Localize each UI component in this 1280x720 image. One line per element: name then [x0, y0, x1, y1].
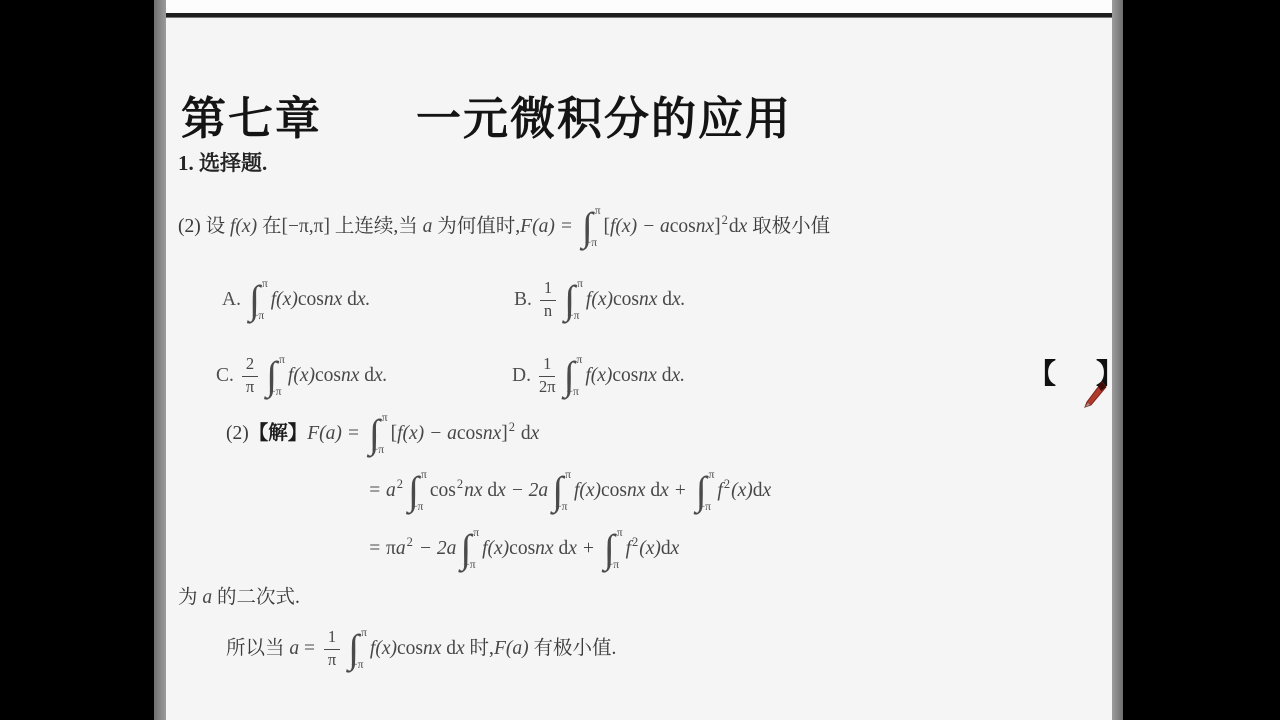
letterboxed-document-frame: 第七章 一元微积分的应用 1. 选择题. (2) 设 f(x) 在[−π,π] …	[0, 0, 1280, 720]
math-token: f(x)	[585, 366, 612, 386]
integral-sign: ∫π−π	[552, 467, 571, 515]
math-token: =	[368, 539, 386, 559]
math-token: f(x)	[574, 481, 601, 501]
math-token: 所以当	[226, 639, 289, 659]
fraction: 1π	[324, 628, 340, 670]
math-token: 2	[632, 535, 638, 550]
math-token: 2	[509, 420, 515, 435]
math-token: 2	[457, 477, 463, 492]
math-token: d	[482, 481, 497, 501]
math-token: nx	[483, 424, 501, 444]
math-token: − 2a	[414, 539, 456, 559]
math-token: nx	[464, 481, 482, 501]
math-token: π	[386, 539, 396, 559]
option-a: A. ∫π−πf(x)cosnx dx.	[222, 270, 370, 330]
math-token: d	[657, 366, 672, 386]
math-token: (2)	[226, 424, 249, 444]
option-c-formula: 2π∫π−πf(x)cosnx dx.	[238, 352, 388, 400]
math-token: x	[763, 481, 772, 501]
integral-sign: ∫π−π	[564, 352, 583, 400]
math-token: +	[577, 539, 600, 559]
math-token: nx	[341, 366, 359, 386]
math-token: x	[497, 481, 506, 501]
math-token: d	[657, 290, 672, 310]
option-d-label: D.	[512, 365, 531, 387]
math-token: nx	[627, 481, 645, 501]
math-token: cos	[397, 639, 423, 659]
math-token: a	[396, 539, 406, 559]
math-token: nx	[324, 290, 342, 310]
math-token: ]	[714, 217, 721, 237]
math-token: cos	[298, 290, 324, 310]
math-token: d	[661, 539, 671, 559]
math-token: f	[717, 481, 722, 501]
math-token: a	[289, 639, 299, 659]
solution-remark: 为 a 的二次式.	[178, 582, 300, 614]
integral-sign: ∫π−π	[369, 410, 388, 458]
math-token: f(x)	[482, 539, 509, 559]
math-token: = a	[368, 481, 396, 501]
math-token: d	[342, 290, 357, 310]
math-token: x.	[672, 290, 686, 310]
fraction: 1n	[540, 279, 556, 321]
math-token: f(x)	[230, 217, 257, 237]
integral-sign: ∫π−π	[348, 625, 367, 673]
math-token: nx	[535, 539, 553, 559]
option-a-formula: ∫π−πf(x)cosnx dx.	[245, 276, 370, 324]
section-heading: 1. 选择题.	[178, 147, 267, 177]
math-token: d	[441, 639, 456, 659]
math-token: x	[531, 424, 540, 444]
math-token: cos	[612, 366, 638, 386]
math-token: 时,	[465, 639, 494, 659]
math-token: f(x)	[586, 290, 613, 310]
fraction: 12π	[539, 355, 556, 397]
page-top-margin	[166, 0, 1112, 13]
math-token: x	[739, 217, 748, 237]
math-token: (x)	[731, 481, 753, 501]
math-token: (2) 设	[178, 217, 230, 237]
math-token: 有极小值.	[529, 639, 617, 659]
math-token: d	[359, 366, 374, 386]
math-token: 的二次式.	[212, 588, 300, 608]
option-b: B. 1n∫π−πf(x)cosnx dx.	[514, 270, 686, 330]
option-c: C. 2π∫π−πf(x)cosnx dx.	[216, 346, 388, 406]
math-token: x	[568, 539, 577, 559]
math-token: x	[456, 639, 465, 659]
math-token: nx	[696, 217, 714, 237]
math-token: cos	[315, 366, 341, 386]
option-d-formula: 12π∫π−πf(x)cosnx dx.	[535, 352, 685, 400]
option-d: D. 12π∫π−πf(x)cosnx dx.	[512, 346, 685, 406]
math-token: cos	[670, 217, 696, 237]
integral-sign: ∫π−π	[408, 467, 427, 515]
answer-brackets: 【 】	[1028, 352, 1124, 392]
math-token: ]	[501, 424, 508, 444]
math-token: f(x) − a	[610, 217, 670, 237]
red-pen-cursor-icon	[1082, 379, 1108, 409]
integral-sign: ∫π−π	[582, 203, 601, 251]
math-token: f(x)	[288, 366, 315, 386]
solution-conclusion: 所以当 a = 1π∫π−πf(x)cosnx dx 时,F(a) 有极小值.	[226, 616, 616, 682]
math-token: F(a) =	[307, 424, 365, 444]
math-token: cos	[509, 539, 535, 559]
math-token: 2	[722, 213, 728, 228]
textbook-page: 第七章 一元微积分的应用 1. 选择题. (2) 设 f(x) 在[−π,π] …	[166, 0, 1112, 720]
math-token: 在	[257, 217, 281, 237]
option-c-label: C.	[216, 365, 234, 387]
page-top-border	[166, 13, 1112, 18]
math-token: x.	[671, 366, 685, 386]
math-token: 2	[724, 477, 730, 492]
solution-line-3: = πa2 − 2a∫π−πf(x)cosnx dx + ∫π−πf2(x)dx	[368, 520, 679, 578]
math-token: cos	[430, 481, 456, 501]
integral-sign: ∫π−π	[460, 525, 479, 573]
answer-bracket-open: 【	[1028, 352, 1056, 392]
math-token: d	[729, 217, 739, 237]
option-b-label: B.	[514, 289, 532, 311]
solution-line-2: = a2∫π−πcos2nx dx − 2a∫π−πf(x)cosnx dx +…	[368, 462, 771, 520]
option-a-label: A.	[222, 289, 241, 311]
math-token: d	[516, 424, 531, 444]
page-left-edge	[154, 0, 166, 720]
math-token: 取极小值	[747, 217, 830, 237]
math-token: +	[669, 481, 692, 501]
math-token: (x)	[639, 539, 661, 559]
math-token: d	[645, 481, 660, 501]
integral-sign: ∫π−π	[249, 276, 268, 324]
math-token: nx	[638, 366, 656, 386]
math-token: F(a) =	[520, 217, 578, 237]
math-token: f(x)	[370, 639, 397, 659]
math-token: cos	[457, 424, 483, 444]
math-token: [−π,π]	[281, 217, 330, 237]
solution-line-1: (2)【解】F(a) = ∫π−π[f(x) − acosnx]2 dx	[226, 406, 539, 462]
math-token: x.	[374, 366, 388, 386]
math-token: x.	[357, 290, 371, 310]
math-token: 2	[397, 477, 403, 492]
math-token: a	[202, 588, 212, 608]
integral-sign: ∫π−π	[696, 467, 715, 515]
math-token: cos	[613, 290, 639, 310]
math-token: d	[554, 539, 569, 559]
chapter-title: 第七章 一元微积分的应用	[181, 82, 792, 147]
math-token: f	[626, 539, 631, 559]
math-token: nx	[639, 290, 657, 310]
math-token: 2	[407, 535, 413, 550]
math-token: − 2a	[506, 481, 548, 501]
math-token: 【解】	[249, 424, 308, 444]
math-token: f(x)	[271, 290, 298, 310]
integral-sign: ∫π−π	[266, 352, 285, 400]
math-token: f(x) − a	[397, 424, 457, 444]
math-token: 为何值时,	[432, 217, 520, 237]
math-token: x	[671, 539, 680, 559]
math-token: =	[299, 639, 320, 659]
math-token: a	[423, 217, 433, 237]
math-token: x	[660, 481, 669, 501]
math-token: cos	[601, 481, 627, 501]
math-token: 上连续,当	[330, 217, 423, 237]
problem-statement: (2) 设 f(x) 在[−π,π] 上连续,当 a 为何值时,F(a) = ∫…	[178, 198, 830, 256]
math-token: d	[753, 481, 763, 501]
math-token: 为	[178, 588, 202, 608]
option-b-formula: 1n∫π−πf(x)cosnx dx.	[536, 276, 686, 324]
math-token: F(a)	[494, 639, 529, 659]
fraction: 2π	[242, 355, 258, 397]
integral-sign: ∫π−π	[564, 276, 583, 324]
integral-sign: ∫π−π	[604, 525, 623, 573]
math-token: nx	[423, 639, 441, 659]
